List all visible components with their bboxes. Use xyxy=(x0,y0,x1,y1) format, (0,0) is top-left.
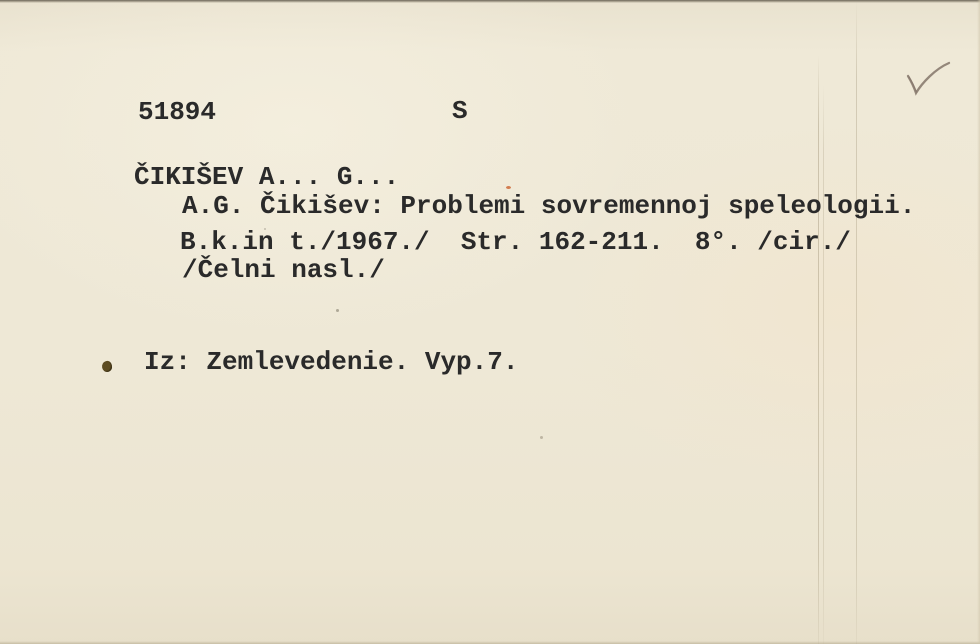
paper-crease-line xyxy=(856,0,857,644)
collation-line: B.k.in t./1967./ Str. 162-211. 8°. /cir.… xyxy=(180,229,851,255)
paper-crease-line xyxy=(818,55,819,644)
card-top-edge xyxy=(0,0,980,3)
call-number: 51894 xyxy=(138,99,216,125)
note-line: /Čelni nasl./ xyxy=(182,257,385,283)
author-heading: ČIKIŠEV A... G... xyxy=(134,164,399,190)
section-letter: S xyxy=(452,98,468,124)
paper-speck xyxy=(336,309,339,312)
paper-speck xyxy=(540,436,543,439)
paper-speck xyxy=(264,228,266,230)
source-line: Iz: Zemlevedenie. Vyp.7. xyxy=(144,349,518,375)
ink-dot xyxy=(101,360,113,373)
paper-crease-line xyxy=(823,85,824,644)
pencil-checkmark-icon xyxy=(901,58,955,98)
catalog-card: 51894 S ČIKIŠEV A... G... A.G. Čikišev: … xyxy=(0,0,980,644)
title-line: A.G. Čikišev: Problemi sovremennoj spele… xyxy=(182,193,915,219)
paper-speck xyxy=(506,186,511,189)
